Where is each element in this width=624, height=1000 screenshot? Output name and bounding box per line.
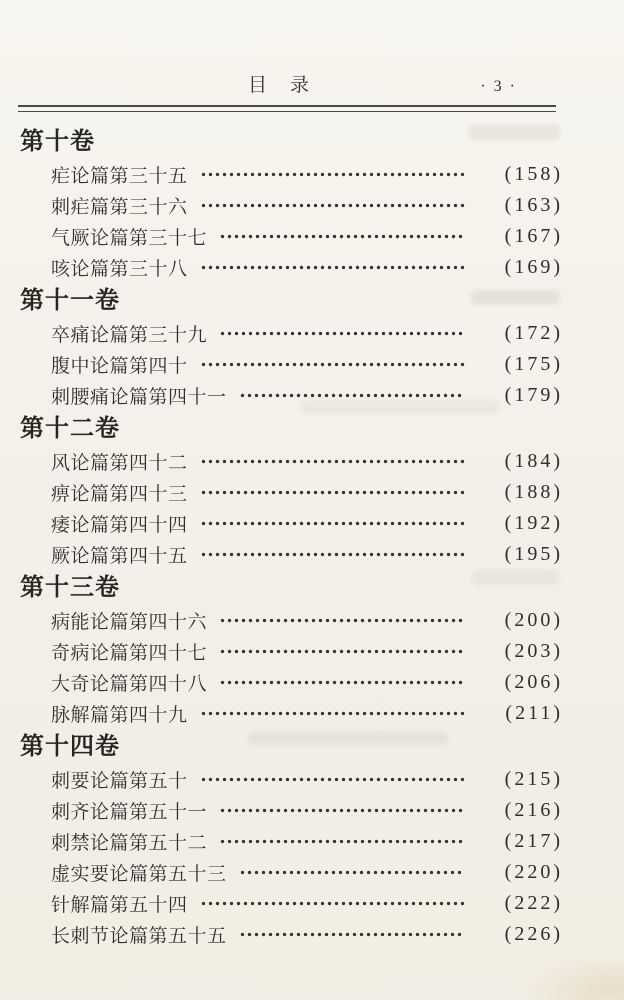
dot-leader [200, 764, 465, 795]
entry-page-number: (172) [475, 322, 563, 345]
entry-page-number: (158) [475, 163, 563, 186]
volume-heading: 第十四卷 [20, 730, 563, 764]
dot-leader [239, 857, 465, 888]
volume-heading: 第十二卷 [20, 412, 563, 446]
entry-title: 疟论篇第三十五 [51, 161, 188, 188]
dot-leader [200, 539, 465, 570]
toc-entry: 腹中论篇第四十(175) [20, 349, 563, 380]
volume-heading: 第十三卷 [20, 571, 563, 605]
page-title: 目 录 [8, 74, 551, 98]
entry-title: 气厥论篇第三十七 [51, 223, 207, 250]
entry-page-number: (200) [475, 609, 563, 632]
dot-leader [219, 318, 465, 349]
entry-page-number: (217) [475, 830, 563, 853]
entry-page-number: (220) [475, 861, 563, 884]
toc-entry: 痿论篇第四十四(192) [20, 508, 563, 539]
entry-title: 长刺节论篇第五十五 [51, 921, 227, 948]
entry-page-number: (184) [475, 450, 563, 473]
entry-page-number: (179) [475, 384, 563, 407]
toc-entry: 痹论篇第四十三(188) [20, 477, 563, 508]
toc-entry: 大奇论篇第四十八(206) [20, 667, 563, 698]
toc-entry: 长刺节论篇第五十五(226) [20, 919, 563, 950]
dot-leader [200, 477, 465, 508]
entry-title: 厥论篇第四十五 [51, 541, 188, 568]
entry-title: 刺禁论篇第五十二 [51, 828, 207, 855]
dot-leader [200, 698, 465, 729]
toc-entry: 针解篇第五十四(222) [20, 888, 563, 919]
entry-page-number: (216) [475, 799, 563, 822]
toc-entry: 卒痛论篇第三十九(172) [20, 318, 563, 349]
toc-entry: 奇病论篇第四十七(203) [20, 636, 563, 667]
entry-title: 病能论篇第四十六 [51, 607, 207, 634]
entry-title: 大奇论篇第四十八 [51, 669, 207, 696]
entry-page-number: (192) [475, 512, 563, 535]
entry-title: 痿论篇第四十四 [51, 510, 188, 537]
dot-leader [239, 380, 465, 411]
entry-page-number: (195) [475, 543, 563, 566]
running-header: 目 录 · 3 · [20, 74, 563, 98]
entry-title: 咳论篇第三十八 [51, 254, 188, 281]
toc-entry: 风论篇第四十二(184) [20, 446, 563, 477]
entry-page-number: (175) [475, 353, 563, 376]
entry-title: 痹论篇第四十三 [51, 479, 188, 506]
toc-entry: 脉解篇第四十九(211) [20, 698, 563, 729]
toc-entry: 虚实要论篇第五十三(220) [20, 857, 563, 888]
toc-entry: 刺禁论篇第五十二(217) [20, 826, 563, 857]
entry-title: 刺要论篇第五十 [51, 766, 188, 793]
entry-page-number: (163) [475, 194, 563, 217]
entry-title: 腹中论篇第四十 [51, 351, 188, 378]
dot-leader [219, 795, 465, 826]
entry-page-number: (188) [475, 481, 563, 504]
entry-title: 刺齐论篇第五十一 [51, 797, 207, 824]
dot-leader [239, 919, 465, 950]
entry-title: 针解篇第五十四 [51, 890, 188, 917]
page-number: · 3 · [480, 75, 517, 99]
entry-page-number: (226) [475, 923, 563, 946]
dot-leader [219, 605, 465, 636]
toc: 第十卷疟论篇第三十五(158)刺疟篇第三十六(163)气厥论篇第三十七(167)… [20, 124, 563, 950]
entry-title: 脉解篇第四十九 [51, 700, 188, 727]
dot-leader [200, 508, 465, 539]
entry-title: 卒痛论篇第三十九 [51, 320, 207, 347]
book-page: 目 录 · 3 · 第十卷疟论篇第三十五(158)刺疟篇第三十六(163)气厥论… [0, 0, 624, 1000]
dot-leader [200, 888, 465, 919]
entry-page-number: (203) [475, 640, 563, 663]
toc-entry: 气厥论篇第三十七(167) [20, 221, 563, 252]
entry-title: 风论篇第四十二 [51, 448, 188, 475]
entry-page-number: (222) [475, 892, 563, 915]
dot-leader [200, 446, 465, 477]
toc-entry: 疟论篇第三十五(158) [20, 159, 563, 190]
dot-leader [200, 349, 465, 380]
dot-leader [219, 636, 465, 667]
entry-title: 刺疟篇第三十六 [51, 192, 188, 219]
dot-leader [200, 159, 465, 190]
entry-page-number: (215) [475, 768, 563, 791]
dot-leader [219, 221, 465, 252]
dot-leader [219, 667, 465, 698]
dot-leader [219, 826, 465, 857]
toc-entry: 刺疟篇第三十六(163) [20, 190, 563, 221]
volume-heading: 第十一卷 [20, 284, 563, 318]
entry-title: 虚实要论篇第五十三 [51, 859, 227, 886]
entry-page-number: (211) [475, 702, 563, 725]
volume-heading: 第十卷 [20, 125, 563, 159]
dot-leader [200, 252, 465, 283]
header-rule [18, 105, 556, 112]
toc-entry: 病能论篇第四十六(200) [20, 605, 563, 636]
entry-page-number: (169) [475, 256, 563, 279]
toc-entry: 刺腰痛论篇第四十一(179) [20, 380, 563, 411]
toc-entry: 刺齐论篇第五十一(216) [20, 795, 563, 826]
toc-entry: 咳论篇第三十八(169) [20, 252, 563, 283]
entry-title: 奇病论篇第四十七 [51, 638, 207, 665]
toc-entry: 刺要论篇第五十(215) [20, 764, 563, 795]
entry-page-number: (206) [475, 671, 563, 694]
toc-entry: 厥论篇第四十五(195) [20, 539, 563, 570]
entry-title: 刺腰痛论篇第四十一 [51, 382, 227, 409]
entry-page-number: (167) [475, 225, 563, 248]
dot-leader [200, 190, 465, 221]
